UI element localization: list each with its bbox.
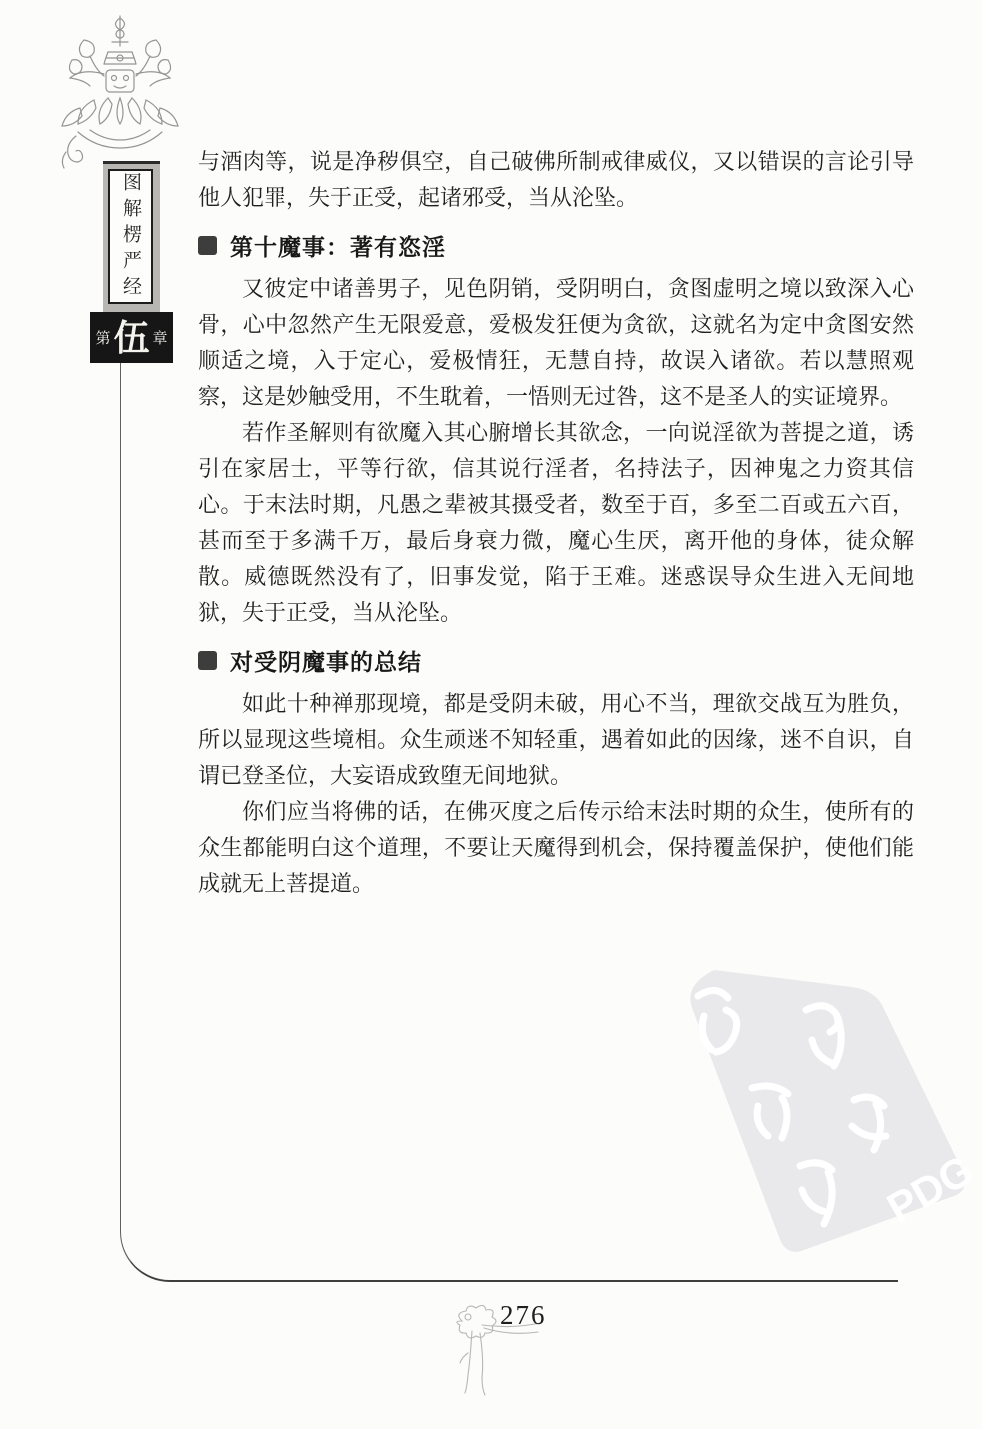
section-heading: 第十魔事：著有恣淫 bbox=[198, 229, 914, 262]
book-title-banner: 图解楞严经 bbox=[103, 161, 160, 316]
body-paragraph: 与酒肉等，说是净秽俱空，自己破佛所制戒律威仪，又以错误的言论引导他人犯罪，失于正… bbox=[198, 144, 914, 216]
section-bullet-icon bbox=[198, 651, 217, 670]
section-heading-text: 第十魔事：著有恣淫 bbox=[230, 229, 446, 262]
chapter-badge: 第 伍 章 bbox=[90, 312, 173, 363]
body-paragraph: 如此十种禅那现境，都是受阴未破，用心不当，理欲交战互为胜负，所以显现这些境相。众… bbox=[198, 686, 914, 794]
body-paragraph: 又彼定中诸善男子，见色阴销，受阴明白，贪图虚明之境以致深入心骨，心中忽然产生无限… bbox=[198, 271, 914, 415]
book-title-box: 图解楞严经 bbox=[108, 169, 153, 304]
section-heading-text: 对受阴魔事的总结 bbox=[230, 644, 422, 677]
body-paragraph: 你们应当将佛的话，在佛灭度之后传示给末法时期的众生，使所有的众生都能明白这个道理… bbox=[198, 794, 914, 902]
section-heading: 对受阴魔事的总结 bbox=[198, 644, 914, 677]
chapter-suffix: 章 bbox=[153, 327, 168, 348]
chapter-numeral: 伍 bbox=[113, 320, 149, 356]
page-number: 276 bbox=[500, 1300, 547, 1331]
page-body: 与酒肉等，说是净秽俱空，自己破佛所制戒律威仪，又以错误的言论引导他人犯罪，失于正… bbox=[198, 144, 914, 902]
book-title: 图解楞严经 bbox=[121, 172, 140, 302]
lotus-crown-ornament bbox=[50, 12, 190, 172]
section-bullet-icon bbox=[198, 236, 217, 255]
chapter-prefix: 第 bbox=[95, 327, 110, 348]
body-paragraph: 若作圣解则有欲魔入其心腑增长其欲念，一向说淫欲为菩提之道，诱引在家居士，平等行欲… bbox=[198, 415, 914, 631]
